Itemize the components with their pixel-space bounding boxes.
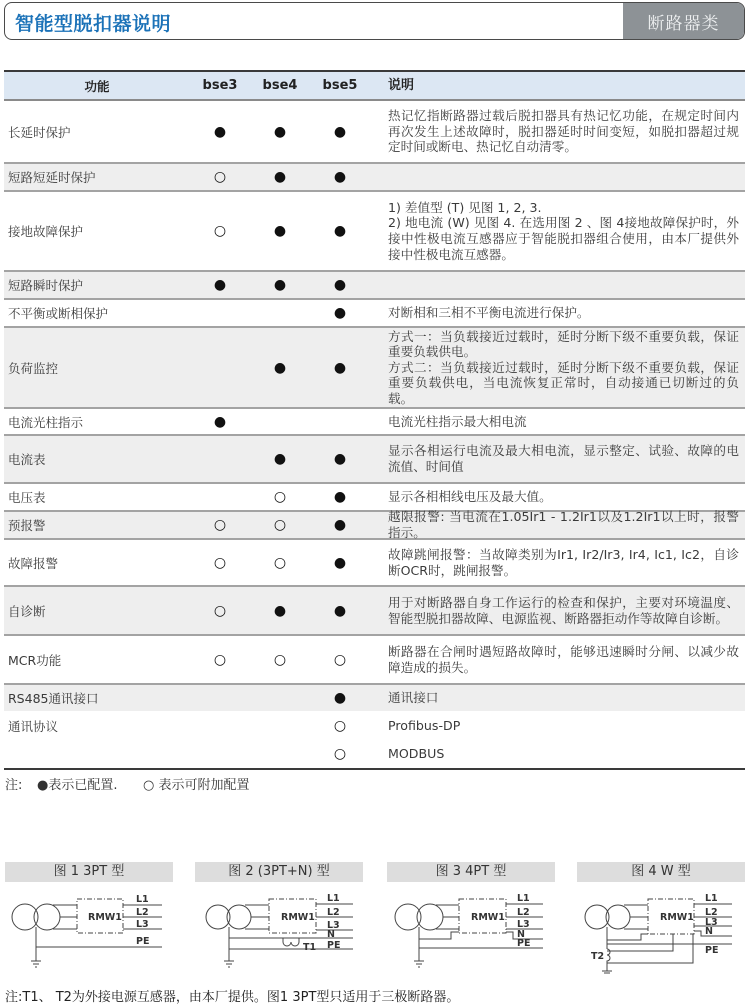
line-label: PE [517,938,530,949]
bse4-mark: ○ [250,489,310,505]
line-label: N [705,926,713,937]
table-row: 短路短延时保护 ○ ● ● [4,164,745,192]
function-label: 通讯协议 [4,717,190,735]
line-label: L3 [136,919,149,930]
bse5-mark: ● [310,690,370,706]
table-header: 功能 bse3 bse4 bse5 说明 [4,70,745,101]
table-row: 通讯协议 ○ Profibus-DP [4,711,745,740]
bse4-mark: ● [250,124,310,140]
description: 热记忆指断路器过载后脱扣器具有热记忆功能，在规定时间内再次发生上述故障时，脱扣器… [370,108,745,155]
function-label: 电流光柱指示 [4,413,190,431]
bse5-mark: ● [310,489,370,505]
table-row: RS485通讯接口 ● 通讯接口 [4,685,745,711]
bse4-mark: ○ [250,517,310,533]
column-header-description: 说明 [370,78,745,94]
bse4-mark: ● [250,360,310,376]
wiring-diagram: RMW1 T2 L1 L2 L3 N PE [577,885,747,975]
bse3-mark: ● [190,124,250,140]
legend-optional: ○ 表示可附加配置 [143,774,249,793]
box-label: RMW1 [281,912,315,923]
bse5-mark: ● [310,603,370,619]
function-label: 短路短延时保护 [4,168,190,186]
function-label: 故障报警 [4,554,190,572]
figure-4-w: 图 4 W 型 RMW1 T2 L1 L2 L3 N PE [577,862,745,882]
description: 通讯接口 [370,690,745,706]
column-header-bse4: bse4 [250,78,310,93]
figure-2-3pt-n: 图 2 (3PT+N) 型 RMW1 T1 L1 L2 L3 N PE [195,862,363,882]
bse3-mark: ○ [190,223,250,239]
table-row: 接地故障保护 ○ ● ● 1) 差值型 (T) 见图 1, 2, 3. 2) 地… [4,192,745,272]
line-label: L1 [517,893,530,904]
table-row: 故障报警 ○ ○ ● 故障跳闸报警：当故障类别为Ir1, Ir2/Ir3, Ir… [4,540,745,587]
description: 越限报警: 当电流在1.05Ir1 - 1.2Ir1以及1.2Ir1以上时，报警… [370,509,745,540]
bse4-mark: ● [250,277,310,293]
bse4-mark: ● [250,169,310,185]
function-label: 短路瞬时保护 [4,276,190,294]
bse3-mark: ● [190,277,250,293]
bse5-mark: ○ [310,746,370,762]
coil-label: T2 [591,951,604,962]
function-label: 电流表 [4,450,190,468]
description: MODBUS [370,746,745,762]
bse5-mark: ● [310,124,370,140]
table-row: 不平衡或断相保护 ● 对断相和三相不平衡电流进行保护。 [4,300,745,328]
line-label: L2 [136,907,149,918]
box-label: RMW1 [88,912,122,923]
bse5-mark: ● [310,451,370,467]
table-row: 预报警 ○ ○ ● 越限报警: 当电流在1.05Ir1 - 1.2Ir1以及1.… [4,512,745,540]
function-label: RS485通讯接口 [4,689,190,707]
feature-table: 功能 bse3 bse4 bse5 说明 长延时保护 ● ● ● 热记忆指断路器… [4,70,745,770]
column-header-bse3: bse3 [190,78,250,93]
bse5-mark: ○ [310,718,370,734]
description: 1) 差值型 (T) 见图 1, 2, 3. 2) 地电流 (W) 见图 4. … [370,200,745,262]
bse3-mark: ○ [190,603,250,619]
line-label: L1 [136,894,149,905]
legend-configured: ●表示已配置. [37,774,143,793]
table-row: ○ MODBUS [4,740,745,770]
box-label: RMW1 [660,912,694,923]
table-row: 自诊断 ○ ● ● 用于对断路器自身工作运行的检查和保护，主要对环境温度、智能型… [4,587,745,636]
bse5-mark: ● [310,517,370,533]
wiring-diagram: RMW1 L1 L2 L3 N PE [387,885,557,975]
table-row: 电流光柱指示 ● 电流光柱指示最大相电流 [4,409,745,436]
table-row: 电流表 ● ● 显示各相运行电流及最大相电流，显示整定、试验、故障的电流值、时间… [4,436,745,484]
table-row: 长延时保护 ● ● ● 热记忆指断路器过载后脱扣器具有热记忆功能，在规定时间内再… [4,101,745,164]
line-label: L1 [327,893,340,904]
line-label: PE [136,936,149,947]
description: 方式一：当负载接近过载时，延时分断下级不重要负载，保证重要负载供电。 方式二：当… [370,329,745,407]
line-label: PE [705,945,718,956]
bse5-mark: ● [310,169,370,185]
bse3-mark: ○ [190,555,250,571]
page-title: 智能型脱扣器说明 [15,9,171,36]
function-label: 预报警 [4,516,190,534]
function-label: MCR功能 [4,651,190,669]
legend: 注: ●表示已配置. ○ 表示可附加配置 [5,774,249,793]
wiring-diagram: RMW1 L1 L2 L3 PE [5,885,175,975]
line-label: N [327,929,335,940]
bse4-mark: ● [250,451,310,467]
table-row: MCR功能 ○ ○ ○ 断路器在合闸时遇短路故障时，能够迅速瞬时分闸、以减少故障… [4,636,745,685]
bse3-mark: ○ [190,517,250,533]
line-label: PE [327,940,340,951]
bse5-mark: ● [310,223,370,239]
table-row: 短路瞬时保护 ● ● ● [4,272,745,300]
legend-prefix: 注: [5,774,37,793]
description: Profibus-DP [370,718,745,734]
line-label: L2 [327,907,340,918]
bse5-mark: ● [310,555,370,571]
bse3-mark: ○ [190,169,250,185]
figure-1-3pt: 图 1 3PT 型 RMW1 L1 L2 L3 PE [5,862,173,882]
bse5-mark: ● [310,305,370,321]
description: 故障跳闸报警：当故障类别为Ir1, Ir2/Ir3, Ir4, Ic1, Ic2… [370,547,745,578]
column-header-function: 功能 [4,77,190,95]
description: 显示各相运行电流及最大相电流，显示整定、试验、故障的电流值、时间值 [370,443,745,474]
figure-title: 图 1 3PT 型 [5,862,173,882]
bse4-mark: ○ [250,555,310,571]
bse3-mark: ○ [190,652,250,668]
function-label: 接地故障保护 [4,222,190,240]
title-bar: 智能型脱扣器说明 断路器类 [4,2,745,40]
line-label: L1 [705,893,718,904]
line-label: L2 [517,907,530,918]
bse4-mark: ● [250,603,310,619]
coil-label: T1 [303,942,316,953]
bse5-mark: ● [310,360,370,376]
wiring-diagram: RMW1 T1 L1 L2 L3 N PE [195,885,365,975]
bse5-mark: ○ [310,652,370,668]
description: 电流光柱指示最大相电流 [370,414,745,430]
figure-title: 图 2 (3PT+N) 型 [195,862,363,882]
description: 断路器在合闸时遇短路故障时，能够迅速瞬时分闸、以减少故障造成的损失。 [370,644,745,675]
figure-title: 图 4 W 型 [577,862,745,882]
bse4-mark: ○ [250,652,310,668]
figure-title: 图 3 4PT 型 [387,862,555,882]
footnote: 注:T1、 T2为外接电源互感器，由本厂提供。图1 3PT型只适用于三极断路器。 [5,986,459,1005]
table-row: 负荷监控 ● ● 方式一：当负载接近过载时，延时分断下级不重要负载，保证重要负载… [4,328,745,409]
function-label: 电压表 [4,488,190,506]
table-row: 电压表 ○ ● 显示各相相线电压及最大值。 [4,484,745,512]
function-label: 自诊断 [4,602,190,620]
category-tab: 断路器类 [623,3,744,39]
bse4-mark: ● [250,223,310,239]
description: 对断相和三相不平衡电流进行保护。 [370,305,745,321]
column-header-bse5: bse5 [310,78,370,93]
function-label: 负荷监控 [4,359,190,377]
description: 用于对断路器自身工作运行的检查和保护，主要对环境温度、智能型脱扣器故障、电源监视… [370,595,745,626]
function-label: 长延时保护 [4,123,190,141]
figure-3-4pt: 图 3 4PT 型 RMW1 L1 L2 L3 N PE [387,862,555,882]
bse3-mark: ● [190,414,250,430]
description: 显示各相相线电压及最大值。 [370,489,745,505]
bse5-mark: ● [310,277,370,293]
box-label: RMW1 [471,912,505,923]
function-label: 不平衡或断相保护 [4,304,190,322]
